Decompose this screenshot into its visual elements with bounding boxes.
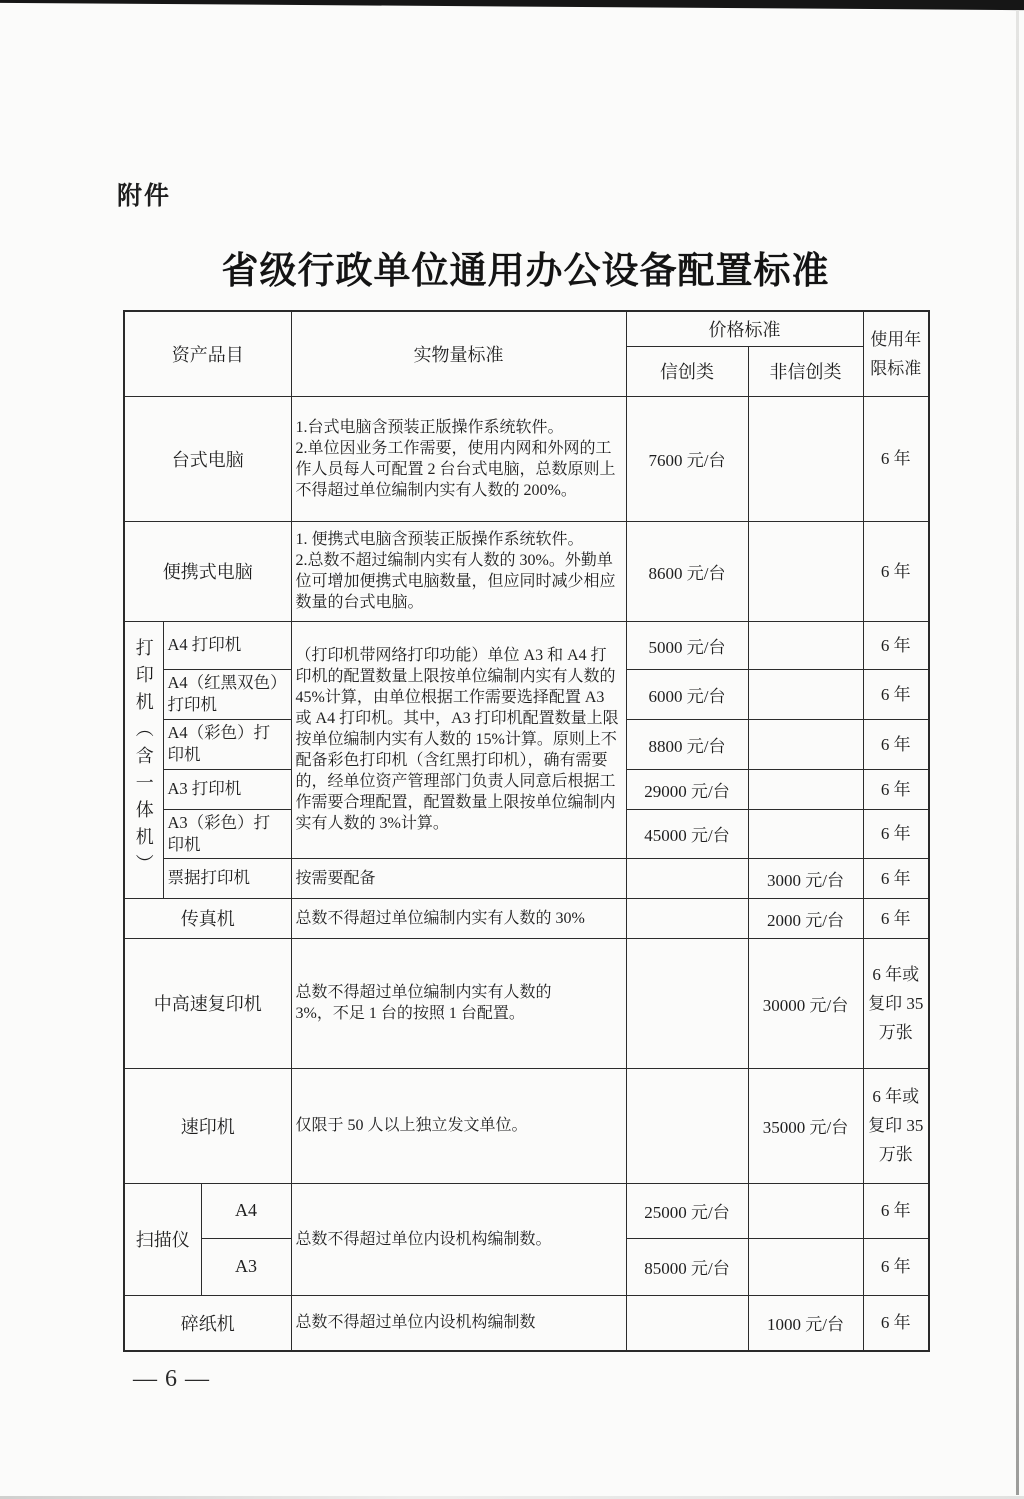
cell-desktop-life: 6 年 <box>863 396 929 521</box>
cell-printer-group-standard: （打印机带网络打印功能）单位 A3 和 A4 打印机的配置数量上限按单位编制内实… <box>291 621 626 858</box>
cell-laptop-standard: 1. 便携式电脑含预装正版操作系统软件。 2.总数不超过编制内实有人数的 30%… <box>291 521 626 621</box>
cell-copier-life: 6 年或复印 35 万张 <box>863 938 929 1068</box>
cell-a4-printer-price-xinchuang: 5000 元/台 <box>626 621 748 669</box>
header-price-standard: 价格标准 <box>626 311 863 346</box>
cell-a4-redblack-printer-price-non-xinchuang-empty <box>748 669 863 719</box>
cell-duplicator-life: 6 年或复印 35 万张 <box>863 1068 929 1183</box>
attachment-label: 附件 <box>117 176 171 212</box>
cell-shredder-price-non-xinchuang: 1000 元/台 <box>748 1295 863 1351</box>
cell-scanner-label: 扫描仪 <box>124 1183 201 1295</box>
table-row-a4-printer: 打印机（含一体机） A4 打印机 （打印机带网络打印功能）单位 A3 和 A4 … <box>124 621 929 669</box>
cell-a4-printer-price-non-xinchuang-empty <box>748 621 863 669</box>
table-row-duplicator: 速印机 仅限于 50 人以上独立发文单位。 35000 元/台 6 年或复印 3… <box>124 1068 929 1183</box>
header-service-life: 使用年限标准 <box>863 311 929 396</box>
page-title: 省级行政单位通用办公设备配置标准 <box>123 240 928 294</box>
table-row-copier: 中高速复印机 总数不得超过单位编制内实有人数的 3%，不足 1 台的按照 1 台… <box>124 938 929 1068</box>
cell-fax-price-xinchuang-empty <box>626 898 748 938</box>
cell-a4-redblack-printer-name: A4（红黑双色）打印机 <box>163 669 291 719</box>
cell-shredder-life: 6 年 <box>863 1295 929 1351</box>
cell-scanner-a4-name: A4 <box>201 1183 291 1238</box>
cell-duplicator-name: 速印机 <box>124 1068 291 1183</box>
header-row-1: 资产品目 实物量标准 价格标准 使用年限标准 <box>124 311 929 346</box>
cell-laptop-name: 便携式电脑 <box>124 521 291 621</box>
cell-a3-color-printer-life: 6 年 <box>863 809 929 858</box>
cell-a3-printer-name: A3 打印机 <box>163 769 291 809</box>
cell-desktop-standard: 1.台式电脑含预装正版操作系统软件。 2.单位因业务工作需要，使用内网和外网的工… <box>291 396 626 521</box>
cell-scanner-a3-life: 6 年 <box>863 1238 929 1295</box>
cell-desktop-price-non-xinchuang-empty <box>748 396 863 521</box>
cell-a3-color-printer-price-xinchuang: 45000 元/台 <box>626 809 748 858</box>
document-page: 附件 省级行政单位通用办公设备配置标准 资产品目 实物量标准 价格标准 使用年限… <box>0 0 1024 1499</box>
cell-fax-standard: 总数不得超过单位编制内实有人数的 30% <box>291 898 626 938</box>
cell-a4-color-printer-name: A4（彩色）打印机 <box>163 719 291 769</box>
cell-copier-name: 中高速复印机 <box>124 938 291 1068</box>
cell-scanner-a4-life: 6 年 <box>863 1183 929 1238</box>
header-non-xinchuang: 非信创类 <box>748 346 863 396</box>
cell-a4-color-printer-life: 6 年 <box>863 719 929 769</box>
cell-desktop-price-xinchuang: 7600 元/台 <box>626 396 748 521</box>
cell-fax-price-non-xinchuang: 2000 元/台 <box>748 898 863 938</box>
cell-laptop-life: 6 年 <box>863 521 929 621</box>
page-number: — 6 — <box>133 1366 210 1393</box>
table-row-receipt-printer: 票据打印机 按需要配备 3000 元/台 6 年 <box>124 858 929 898</box>
cell-a3-color-printer-price-non-xinchuang-empty <box>748 809 863 858</box>
cell-a4-redblack-printer-life: 6 年 <box>863 669 929 719</box>
cell-receipt-printer-price-xinchuang-empty <box>626 858 748 898</box>
table-row-fax: 传真机 总数不得超过单位编制内实有人数的 30% 2000 元/台 6 年 <box>124 898 929 938</box>
table-row-desktop: 台式电脑 1.台式电脑含预装正版操作系统软件。 2.单位因业务工作需要，使用内网… <box>124 396 929 521</box>
cell-a4-redblack-printer-price-xinchuang: 6000 元/台 <box>626 669 748 719</box>
scan-right-edge-artifact <box>1016 10 1019 1495</box>
cell-copier-standard: 总数不得超过单位编制内实有人数的 3%，不足 1 台的按照 1 台配置。 <box>291 938 626 1068</box>
header-asset-category: 资产品目 <box>124 311 291 396</box>
cell-a3-printer-price-non-xinchuang-empty <box>748 769 863 809</box>
cell-a3-printer-price-xinchuang: 29000 元/台 <box>626 769 748 809</box>
cell-receipt-printer-standard: 按需要配备 <box>291 858 626 898</box>
cell-shredder-name: 碎纸机 <box>124 1295 291 1351</box>
cell-laptop-price-non-xinchuang-empty <box>748 521 863 621</box>
cell-receipt-printer-life: 6 年 <box>863 858 929 898</box>
cell-shredder-price-xinchuang-empty <box>626 1295 748 1351</box>
cell-duplicator-standard: 仅限于 50 人以上独立发文单位。 <box>291 1068 626 1183</box>
cell-shredder-standard: 总数不得超过单位内设机构编制数 <box>291 1295 626 1351</box>
cell-laptop-price-xinchuang: 8600 元/台 <box>626 521 748 621</box>
cell-scanner-a3-price-non-xinchuang-empty <box>748 1238 863 1295</box>
cell-copier-price-xinchuang-empty <box>626 938 748 1068</box>
cell-a3-color-printer-name: A3（彩色）打印机 <box>163 809 291 858</box>
cell-a4-printer-life: 6 年 <box>863 621 929 669</box>
cell-duplicator-price-non-xinchuang: 35000 元/台 <box>748 1068 863 1183</box>
cell-fax-name: 传真机 <box>124 898 291 938</box>
cell-a4-printer-name: A4 打印机 <box>163 621 291 669</box>
cell-fax-life: 6 年 <box>863 898 929 938</box>
cell-duplicator-price-xinchuang-empty <box>626 1068 748 1183</box>
cell-printer-group-label: 打印机（含一体机） <box>124 621 163 898</box>
cell-copier-price-non-xinchuang: 30000 元/台 <box>748 938 863 1068</box>
cell-desktop-name: 台式电脑 <box>124 396 291 521</box>
equipment-standards-table: 资产品目 实物量标准 价格标准 使用年限标准 信创类 非信创类 台式电脑 1.台… <box>123 310 930 1352</box>
scan-top-edge-artifact <box>0 0 1024 11</box>
header-xinchuang: 信创类 <box>626 346 748 396</box>
cell-scanner-a3-name: A3 <box>201 1238 291 1295</box>
cell-scanner-a4-price-xinchuang: 25000 元/台 <box>626 1183 748 1238</box>
table-row-laptop: 便携式电脑 1. 便携式电脑含预装正版操作系统软件。 2.总数不超过编制内实有人… <box>124 521 929 621</box>
cell-receipt-printer-name: 票据打印机 <box>163 858 291 898</box>
cell-scanner-a4-price-non-xinchuang-empty <box>748 1183 863 1238</box>
cell-a4-color-printer-price-xinchuang: 8800 元/台 <box>626 719 748 769</box>
cell-scanner-standard: 总数不得超过单位内设机构编制数。 <box>291 1183 626 1295</box>
cell-a4-color-printer-price-non-xinchuang-empty <box>748 719 863 769</box>
cell-a3-printer-life: 6 年 <box>863 769 929 809</box>
table-row-shredder: 碎纸机 总数不得超过单位内设机构编制数 1000 元/台 6 年 <box>124 1295 929 1351</box>
cell-scanner-a3-price-xinchuang: 85000 元/台 <box>626 1238 748 1295</box>
header-quantity-standard: 实物量标准 <box>291 311 626 396</box>
table-row-scanner-a4: 扫描仪 A4 总数不得超过单位内设机构编制数。 25000 元/台 6 年 <box>124 1183 929 1238</box>
cell-receipt-printer-price-non-xinchuang: 3000 元/台 <box>748 858 863 898</box>
